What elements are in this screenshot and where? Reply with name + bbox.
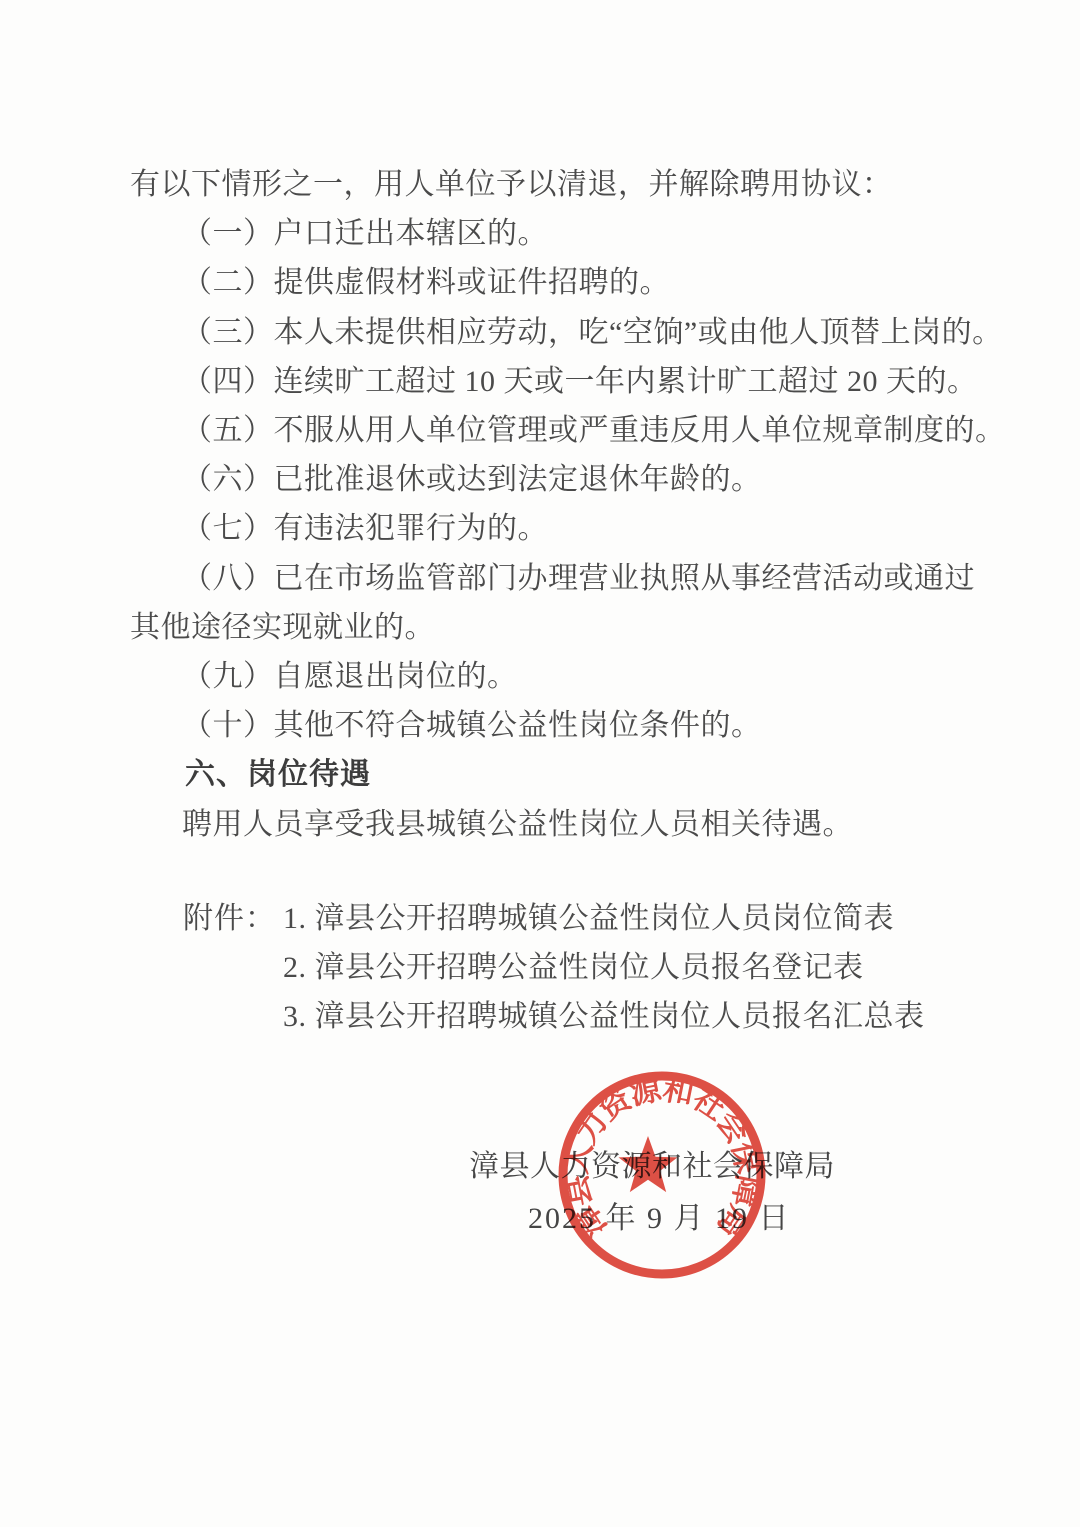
document-line: 聘用人员享受我县城镇公益性岗位人员相关待遇。 [130, 800, 970, 849]
attachments-block: 附件： 1. 漳县公开招聘城镇公益性岗位人员岗位简表2. 漳县公开招聘公益性岗位… [183, 894, 925, 1042]
document-line: （一）户口迁出本辖区的。 [130, 209, 970, 258]
document-line: （二）提供虚假材料或证件招聘的。 [130, 258, 970, 307]
document-line: （十）其他不符合城镇公益性岗位条件的。 [130, 701, 970, 750]
document-line: （八）已在市场监管部门办理营业执照从事经营活动或通过 [130, 554, 970, 603]
attachments-label: 附件： [183, 894, 276, 943]
attachment-item: 3. 漳县公开招聘城镇公益性岗位人员报名汇总表 [283, 992, 925, 1041]
document-body: 有以下情形之一，用人单位予以清退，并解除聘用协议：（一）户口迁出本辖区的。（二）… [130, 160, 970, 849]
document-line: （五）不服从用人单位管理或严重违反用人单位规章制度的。 [130, 406, 970, 455]
document-line: 六、岗位待遇 [130, 750, 970, 799]
document-line: （九）自愿退出岗位的。 [130, 652, 970, 701]
star-icon [619, 1136, 678, 1192]
document-line: 其他途径实现就业的。 [130, 603, 970, 652]
document-line: （四）连续旷工超过 10 天或一年内累计旷工超过 20 天的。 [130, 357, 970, 406]
document-line: （六）已批准退休或达到法定退休年龄的。 [130, 455, 970, 504]
attachments-list: 1. 漳县公开招聘城镇公益性岗位人员岗位简表2. 漳县公开招聘公益性岗位人员报名… [283, 894, 925, 1042]
attachment-item: 2. 漳县公开招聘公益性岗位人员报名登记表 [283, 943, 925, 992]
document-line: （七）有违法犯罪行为的。 [130, 504, 970, 553]
official-seal: 漳县人力资源和社会保障局 [549, 1062, 775, 1288]
document-page: 有以下情形之一，用人单位予以清退，并解除聘用协议：（一）户口迁出本辖区的。（二）… [0, 0, 1080, 1527]
attachment-item: 1. 漳县公开招聘城镇公益性岗位人员岗位简表 [283, 894, 925, 943]
document-line: 有以下情形之一，用人单位予以清退，并解除聘用协议： [130, 160, 970, 209]
document-line: （三）本人未提供相应劳动，吃“空饷”或由他人顶替上岗的。 [130, 308, 970, 357]
